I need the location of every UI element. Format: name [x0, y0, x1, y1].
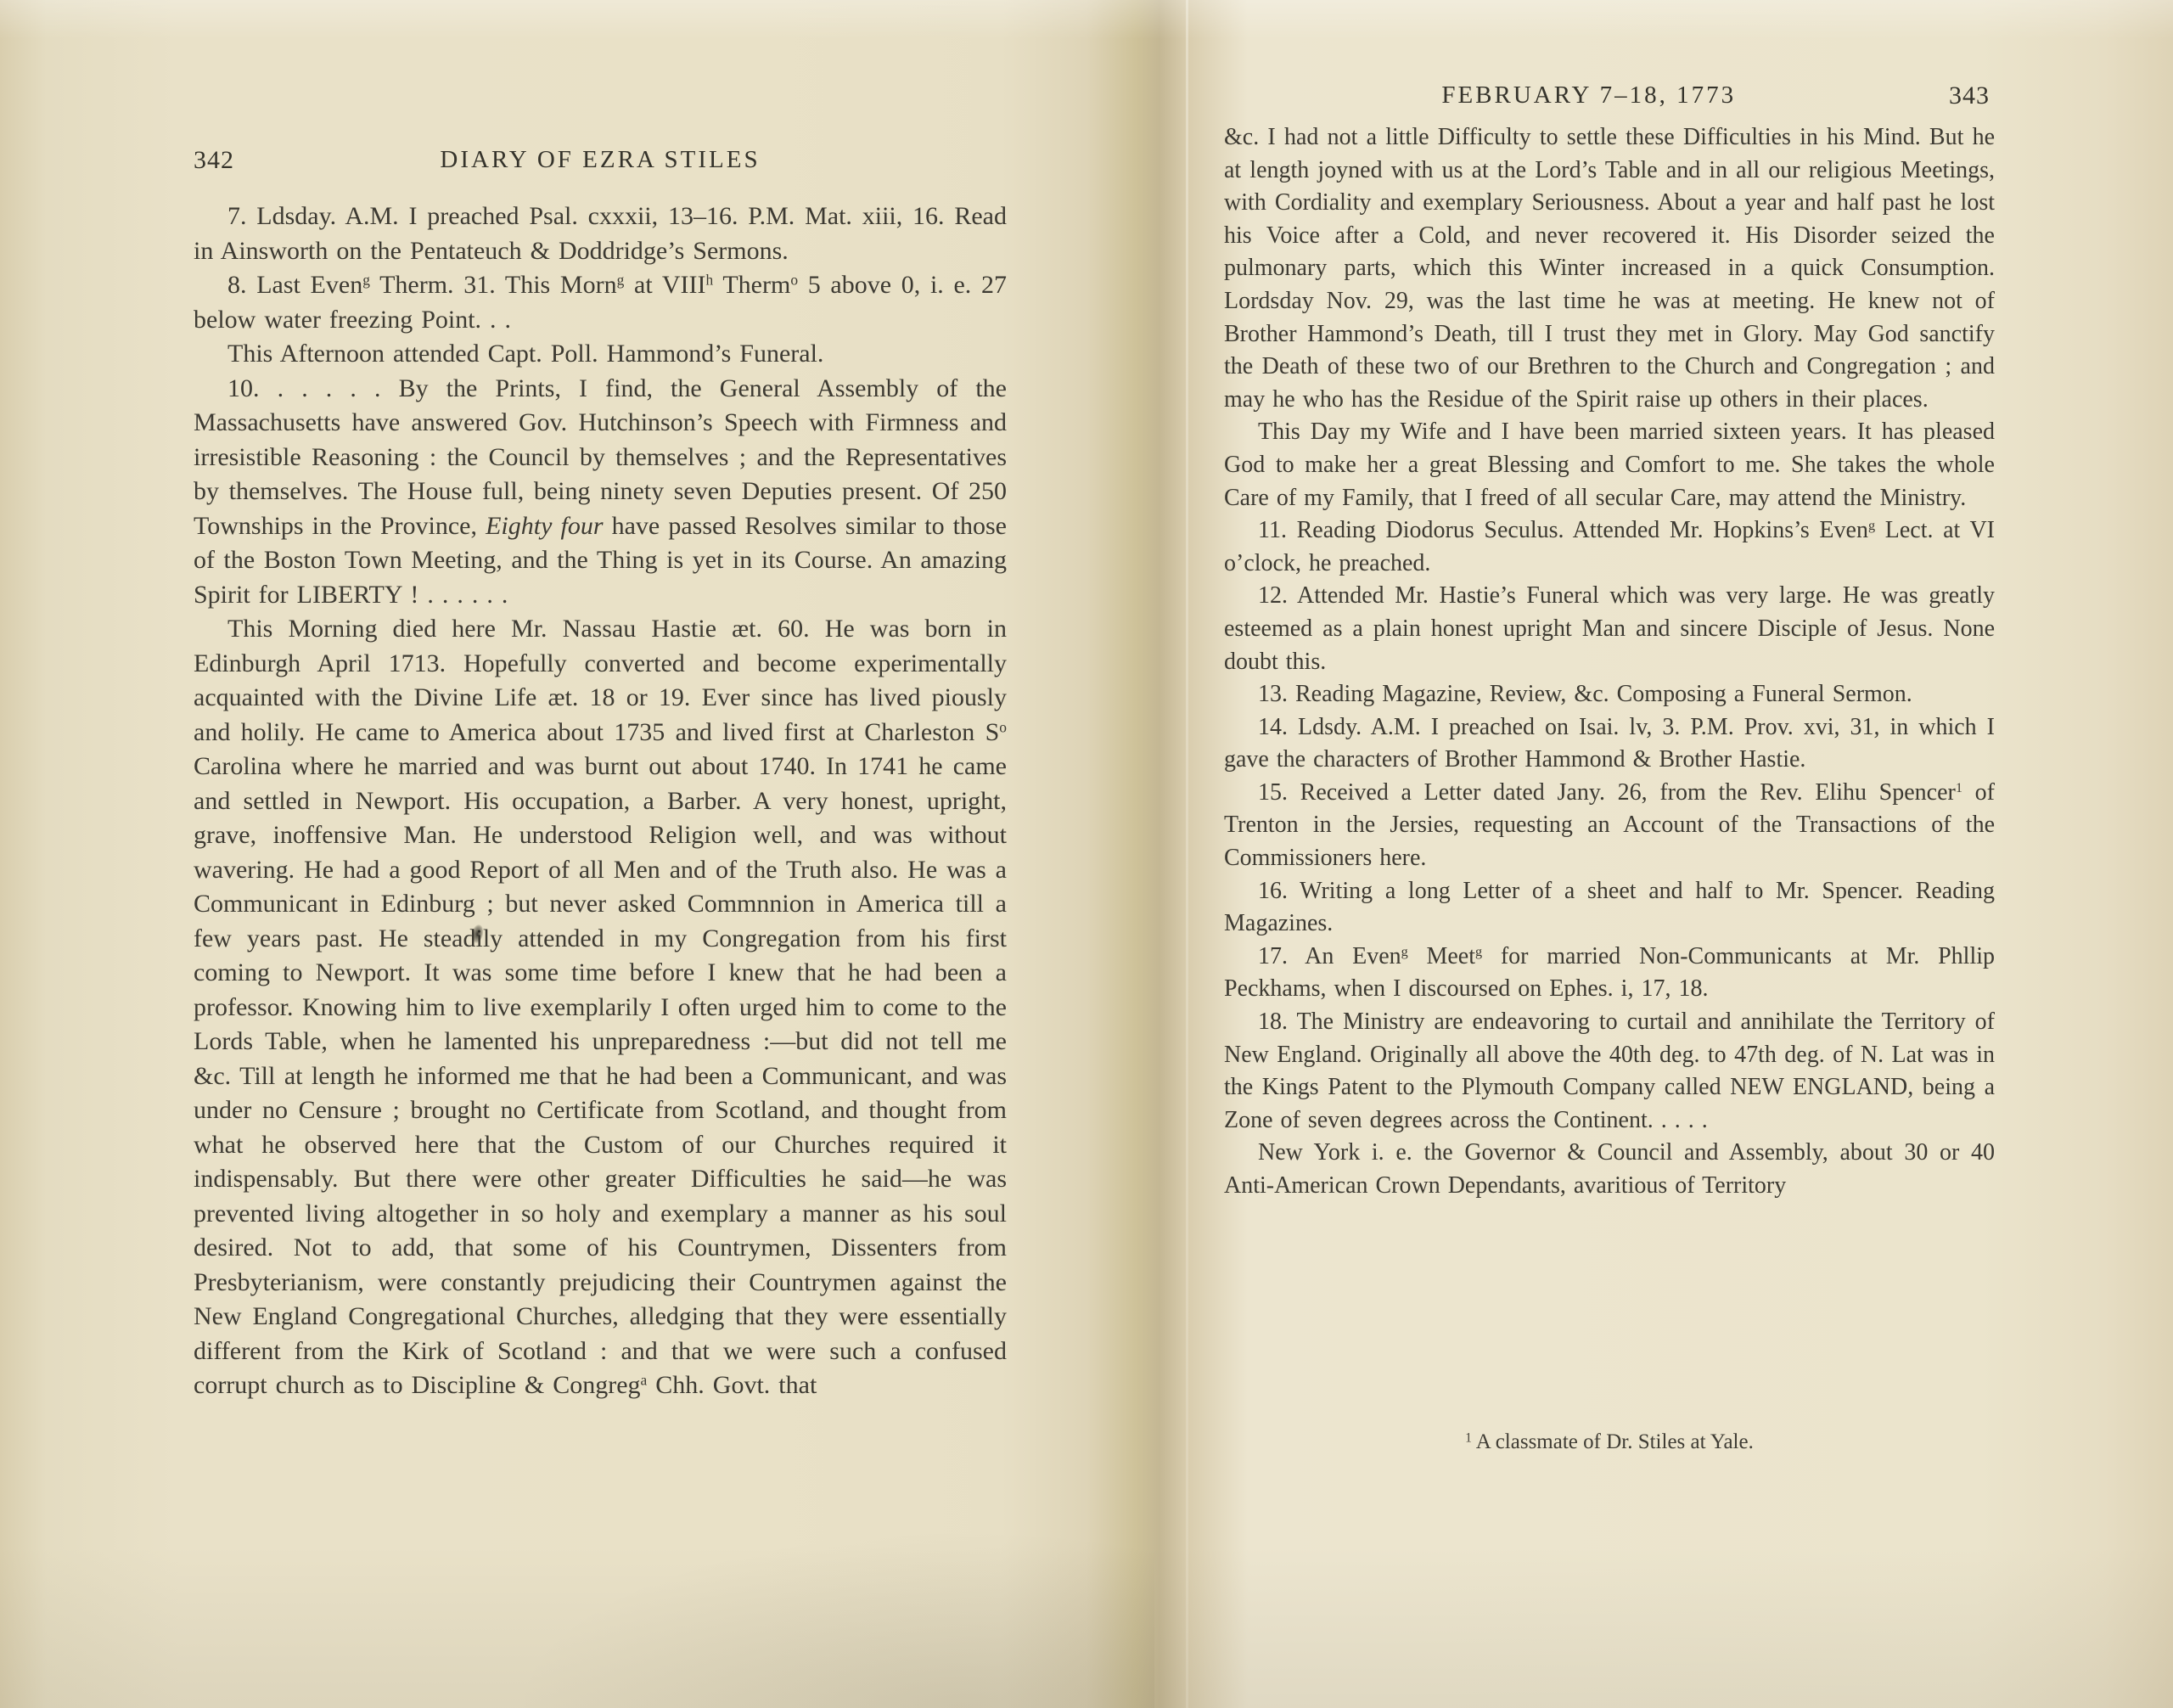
paragraph: This Morning died here Mr. Nassau Hastie…: [194, 612, 1007, 1403]
paragraph: 11. Reading Diodorus Seculus. Attended M…: [1224, 514, 1995, 580]
running-head: DIARY OF EZRA STILES: [440, 146, 760, 174]
footnote-text: A classmate of Dr. Stiles at Yale.: [1472, 1430, 1754, 1453]
paragraph: 8. Last Eveng Therm. 31. This Morng at V…: [194, 268, 1007, 337]
paragraph: 10. . . . . . By the Prints, I find, the…: [194, 372, 1007, 613]
paragraph: 12. Attended Mr. Hastie’s Funeral which …: [1224, 580, 1995, 678]
page-number: 342: [194, 146, 234, 175]
right-page-body: &c. I had not a little Difficulty to set…: [1224, 121, 1995, 1203]
paragraph: 7. Ldsday. A.M. I preached Psal. cxxxii,…: [194, 199, 1007, 268]
paragraph: This Afternoon attended Capt. Poll. Hamm…: [194, 337, 1007, 372]
left-page: 342 DIARY OF EZRA STILES 7. Ldsday. A.M.…: [194, 146, 1007, 1403]
left-page-header: 342 DIARY OF EZRA STILES: [194, 146, 1007, 182]
paragraph: &c. I had not a little Difficulty to set…: [1224, 121, 1995, 416]
paragraph: New York i. e. the Governor & Council an…: [1224, 1137, 1995, 1202]
running-head: FEBRUARY 7–18, 1773: [1441, 81, 1736, 110]
gutter-shadow: [1186, 0, 1188, 1708]
paragraph: 14. Ldsdy. A.M. I preached on Isai. lv, …: [1224, 711, 1995, 777]
right-page: FEBRUARY 7–18, 1773 343 &c. I had not a …: [1224, 81, 1995, 1610]
page-number: 343: [1949, 81, 1990, 110]
footnote: 1 A classmate of Dr. Stiles at Yale.: [1224, 1430, 1995, 1454]
paragraph: 13. Reading Magazine, Review, &c. Compos…: [1224, 678, 1995, 711]
paragraph: 17. An Eveng Meetg for married Non-Commu…: [1224, 941, 1995, 1006]
paragraph: 15. Received a Letter dated Jany. 26, fr…: [1224, 777, 1995, 875]
paragraph: 16. Writing a long Letter of a sheet and…: [1224, 875, 1995, 941]
paragraph: 18. The Ministry are endeavoring to curt…: [1224, 1006, 1995, 1137]
paragraph: This Day my Wife and I have been married…: [1224, 416, 1995, 514]
book-spread: 342 DIARY OF EZRA STILES 7. Ldsday. A.M.…: [0, 0, 2173, 1708]
left-page-body: 7. Ldsday. A.M. I preached Psal. cxxxii,…: [194, 199, 1007, 1403]
right-page-header: FEBRUARY 7–18, 1773 343: [1224, 81, 1995, 117]
footnote-marker: 1: [1465, 1430, 1472, 1445]
